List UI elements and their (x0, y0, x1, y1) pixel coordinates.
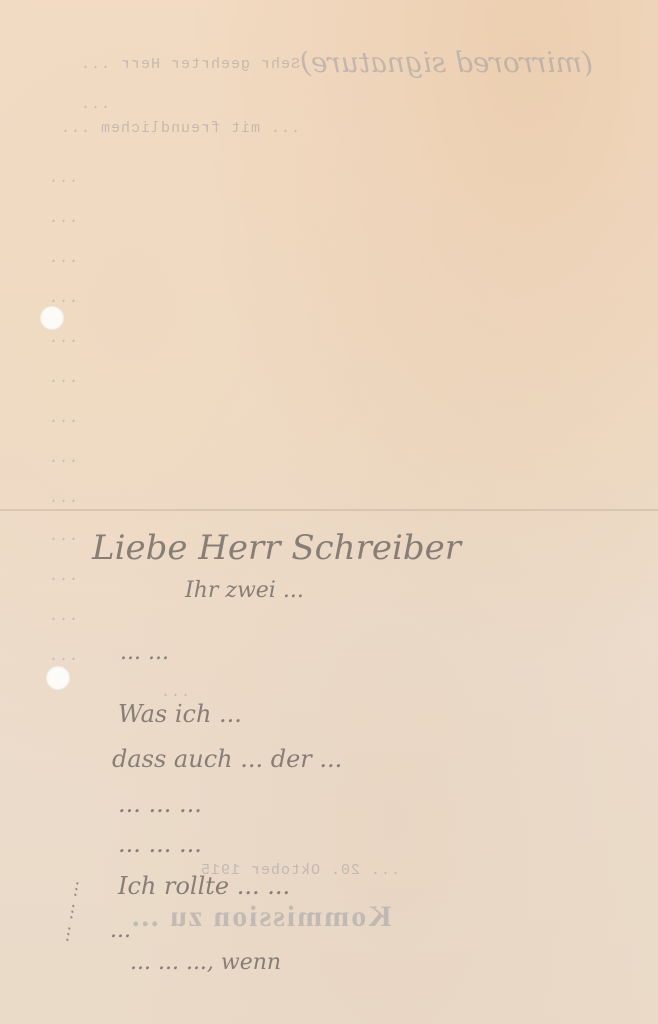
handwritten-line: dass auch ... der ... (112, 745, 342, 773)
typed-line: ... (48, 648, 78, 665)
handwritten-line: ... ... (120, 640, 169, 665)
typed-line: ... (80, 96, 110, 113)
typed-line: ... (160, 684, 190, 701)
typed-line: ... (48, 568, 78, 585)
typed-line: ... (48, 210, 78, 227)
typed-line: ... (48, 370, 78, 387)
bleed-through-letterhead-stamp: Kommission zu ... (130, 900, 392, 934)
typed-line: ... (48, 528, 78, 545)
typed-line: ... (48, 170, 78, 187)
handwritten-line: Ihr zwei ... (185, 578, 304, 603)
typed-line: ... (48, 330, 78, 347)
handwritten-line: ... ... ... (118, 790, 202, 818)
handwritten-line: ... ... ..., wenn (130, 950, 281, 975)
letter-page: (mirrored signature) Sehr geehrter Herr … (0, 0, 658, 1024)
handwritten-line: Was ich ... (118, 700, 242, 728)
typed-line: ... (48, 290, 78, 307)
typed-line: ... (48, 250, 78, 267)
typed-line: ... (48, 450, 78, 467)
typed-line: ... mit freundlichem ... (60, 120, 300, 137)
handwritten-line: Ich rollte ... ... (118, 872, 290, 900)
typed-line: ... (48, 410, 78, 427)
typed-line: ... (48, 490, 78, 507)
typed-line: Sehr geehrter Herr ... (80, 56, 300, 73)
bleed-through-typed-text: Sehr geehrter Herr ... ... ... mit freun… (0, 0, 658, 1024)
handwritten-line: ... (110, 918, 131, 943)
salutation: Liebe Herr Schreiber (92, 528, 461, 568)
typed-line: ... (48, 608, 78, 625)
handwritten-line: ... ... ... (118, 830, 202, 858)
